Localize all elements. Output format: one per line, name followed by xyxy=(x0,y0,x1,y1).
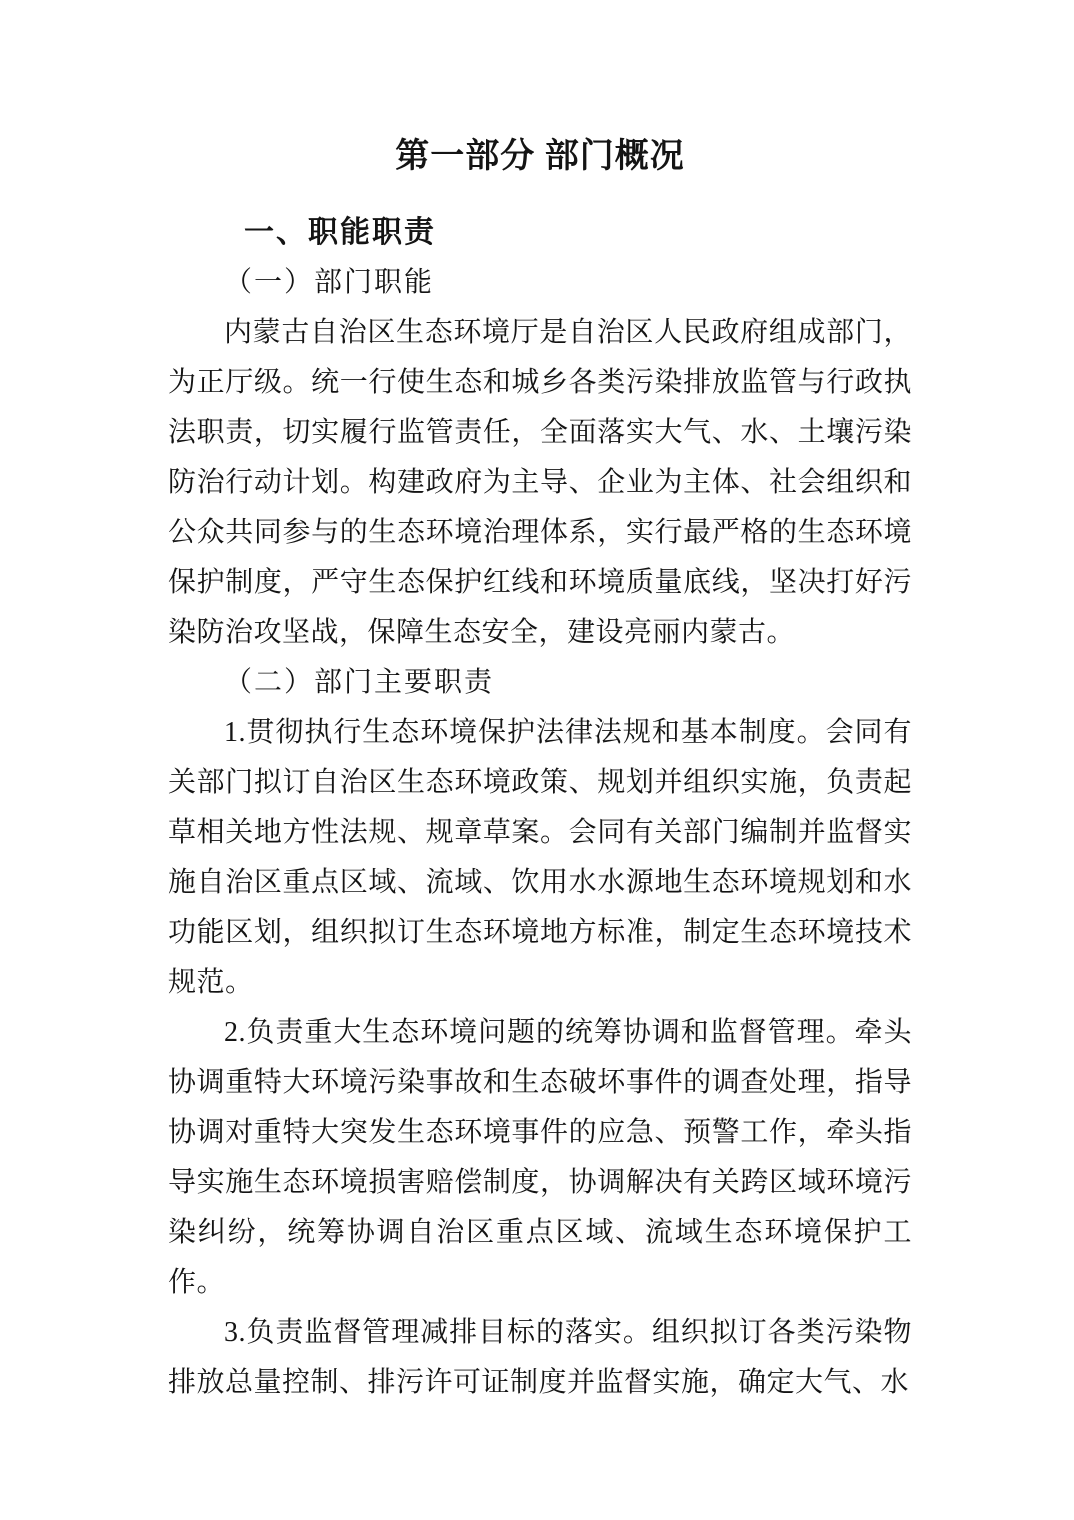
sub-heading-main-responsibilities: （二）部门主要职责 xyxy=(168,658,912,708)
sub-heading-department-functions: （一）部门职能 xyxy=(168,258,912,308)
document-title: 第一部分 部门概况 xyxy=(168,134,912,180)
paragraph-responsibility-1: 1.贯彻执行生态环境保护法律法规和基本制度。会同有关部门拟订自治区生态环境政策、… xyxy=(168,708,912,1008)
document-content: 第一部分 部门概况 一、职能职责 （一）部门职能 内蒙古自治区生态环境厅是自治区… xyxy=(0,0,1074,1408)
paragraph-responsibility-3: 3.负责监督管理减排目标的落实。组织拟订各类污染物排放总量控制、排污许可证制度并… xyxy=(168,1308,912,1408)
paragraph-department-functions: 内蒙古自治区生态环境厅是自治区人民政府组成部门，为正厅级。统一行使生态和城乡各类… xyxy=(168,308,912,658)
section-heading-functions-and-duties: 一、职能职责 xyxy=(168,208,912,258)
paragraph-responsibility-2: 2.负责重大生态环境问题的统筹协调和监督管理。牵头协调重特大环境污染事故和生态破… xyxy=(168,1008,912,1308)
document-page: 第一部分 部门概况 一、职能职责 （一）部门职能 内蒙古自治区生态环境厅是自治区… xyxy=(0,0,1074,1520)
